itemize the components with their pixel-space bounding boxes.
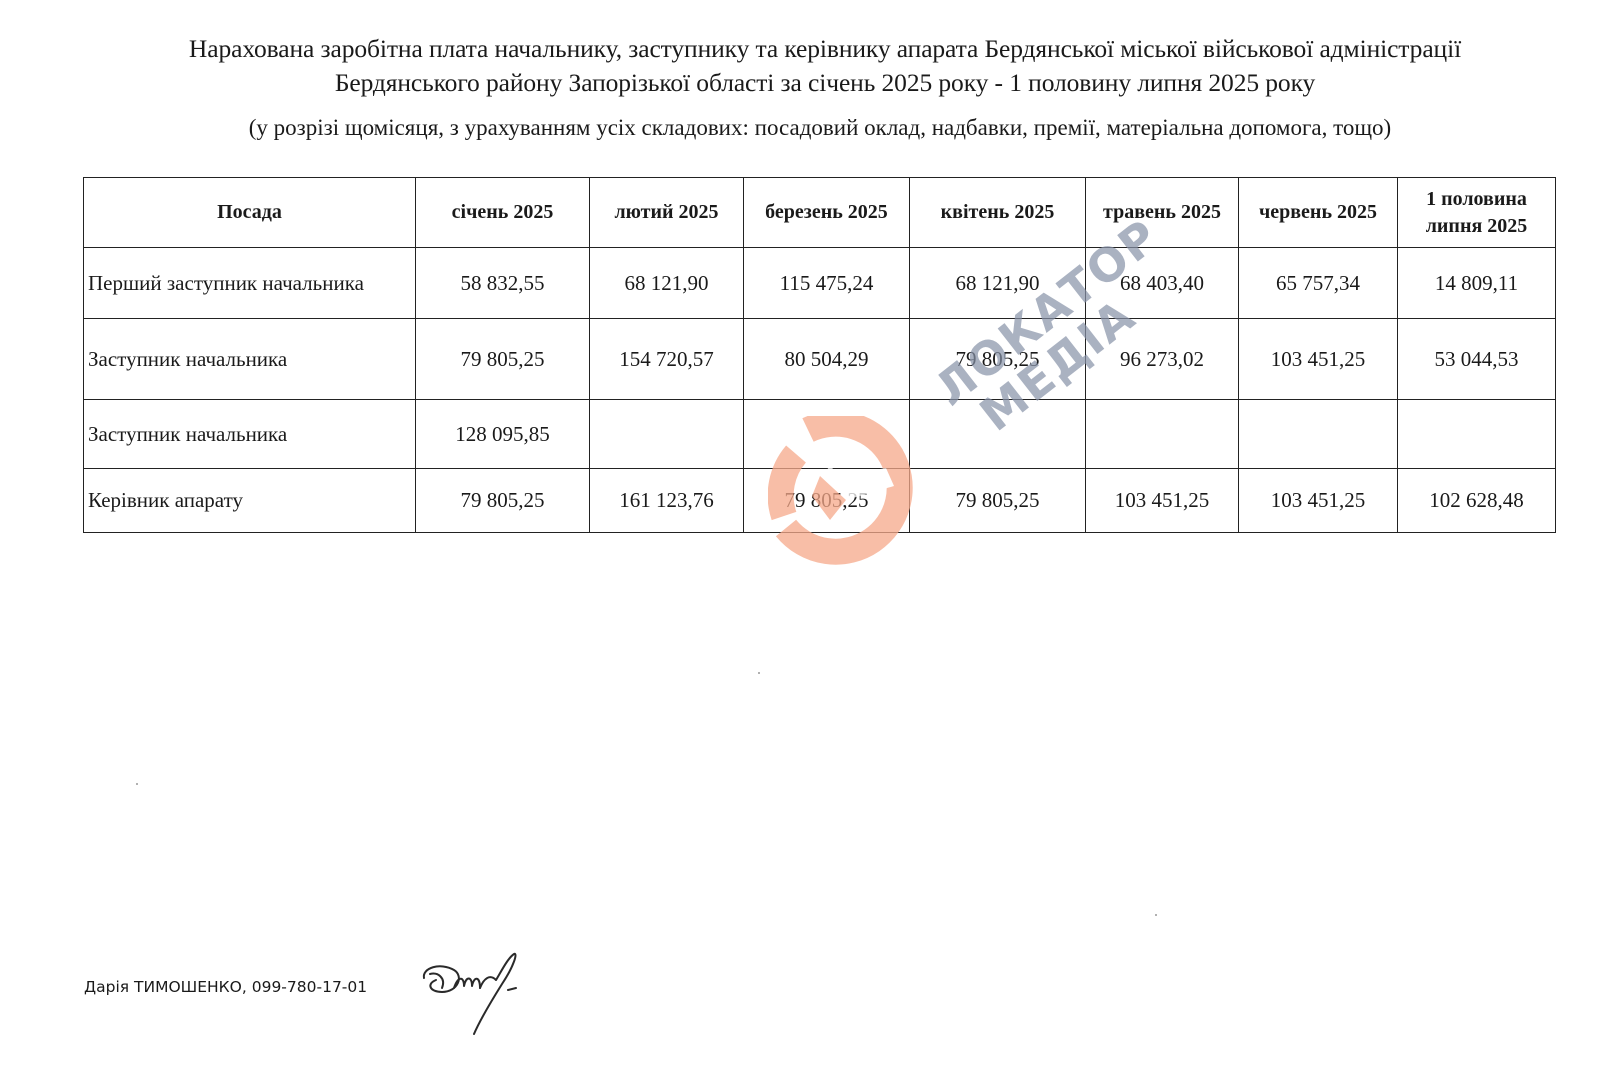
- header-june: червень 2025: [1239, 178, 1398, 248]
- header-may: травень 2025: [1086, 178, 1239, 248]
- cell-value: 103 451,25: [1239, 469, 1398, 533]
- row-position: Перший заступник начальника: [84, 248, 416, 319]
- signature-icon: [418, 950, 528, 1040]
- header-july-half-line1: 1 половина: [1426, 188, 1527, 210]
- scan-speck: [758, 672, 760, 674]
- cell-value: 79 805,25: [416, 469, 590, 533]
- cell-value: 128 095,85: [416, 400, 590, 469]
- cell-value: 53 044,53: [1398, 319, 1556, 400]
- header-april: квітень 2025: [910, 178, 1086, 248]
- cell-value: 79 805,25: [416, 319, 590, 400]
- cell-value: 161 123,76: [590, 469, 744, 533]
- header-position: Посада: [84, 178, 416, 248]
- cell-value: 154 720,57: [590, 319, 744, 400]
- cell-value: 68 403,40: [1086, 248, 1239, 319]
- cell-value: [1239, 400, 1398, 469]
- cell-value: 103 451,25: [1086, 469, 1239, 533]
- table-row: Заступник начальника 79 805,25 154 720,5…: [84, 319, 1556, 400]
- document-title-line-1: Нарахована заробітна плата начальнику, з…: [0, 32, 1620, 66]
- cell-value: 79 805,25: [910, 469, 1086, 533]
- header-february: лютий 2025: [590, 178, 744, 248]
- row-position: Керівник апарату: [84, 469, 416, 533]
- cell-value: [1086, 400, 1239, 469]
- header-july-half-line2: липня 2025: [1426, 215, 1528, 237]
- salary-table: Посада січень 2025 лютий 2025 березень 2…: [83, 177, 1556, 533]
- cell-value: 58 832,55: [416, 248, 590, 319]
- cell-value: [1398, 400, 1556, 469]
- cell-value: 80 504,29: [744, 319, 910, 400]
- cell-value: 115 475,24: [744, 248, 910, 319]
- cell-value: 68 121,90: [590, 248, 744, 319]
- cell-value: 102 628,48: [1398, 469, 1556, 533]
- cell-value: [910, 400, 1086, 469]
- row-position: Заступник начальника: [84, 400, 416, 469]
- cell-value: 14 809,11: [1398, 248, 1556, 319]
- cell-value: 79 805,25: [910, 319, 1086, 400]
- footer-contact: Дарія ТИМОШЕНКО, 099-780-17-01: [84, 978, 367, 996]
- document-subtitle: (у розрізі щомісяця, з урахуванням усіх …: [0, 112, 1620, 144]
- scan-speck: [136, 783, 138, 785]
- header-march: березень 2025: [744, 178, 910, 248]
- cell-value: 96 273,02: [1086, 319, 1239, 400]
- table-row: Керівник апарату 79 805,25 161 123,76 79…: [84, 469, 1556, 533]
- cell-value: 68 121,90: [910, 248, 1086, 319]
- table-header-row: Посада січень 2025 лютий 2025 березень 2…: [84, 178, 1556, 248]
- table-row: Перший заступник начальника 58 832,55 68…: [84, 248, 1556, 319]
- cell-value: 79 805,25: [744, 469, 910, 533]
- header-july-half: 1 половина липня 2025: [1398, 178, 1556, 248]
- cell-value: 65 757,34: [1239, 248, 1398, 319]
- document-title-line-2: Бердянського району Запорізької області …: [0, 66, 1620, 100]
- table-row: Заступник начальника 128 095,85: [84, 400, 1556, 469]
- header-january: січень 2025: [416, 178, 590, 248]
- row-position: Заступник начальника: [84, 319, 416, 400]
- scan-speck: [1155, 914, 1157, 916]
- cell-value: [590, 400, 744, 469]
- cell-value: 103 451,25: [1239, 319, 1398, 400]
- cell-value: [744, 400, 910, 469]
